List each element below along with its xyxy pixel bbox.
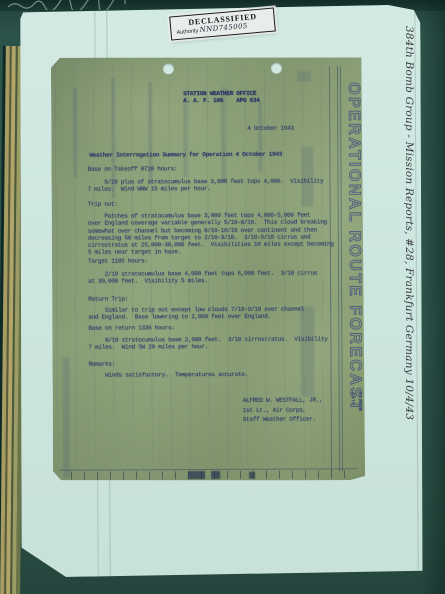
- side-sublabel-period: PERIOD: [358, 392, 363, 411]
- section-heading-remarks: Remarks:: [88, 360, 115, 367]
- right-edge-shadow: [421, 0, 445, 594]
- side-label-operational-route-forecast: OPERATIONAL ROUTE FORECAST: [342, 82, 364, 388]
- office-header: STATION WEATHER OFFICEA. A. F. 106 APO 6…: [183, 90, 259, 105]
- section-heading-target: Target 1105 hours:: [88, 257, 148, 265]
- section-heading-base-return: Base on return 1336 hours:: [88, 324, 174, 332]
- office-line-2: A. A. F. 106 APO 634: [183, 97, 259, 104]
- bottom-tick-marks: [59, 470, 355, 480]
- section-heading-return-trip: Return Trip:: [88, 295, 128, 303]
- document-date: 4 October 1943: [247, 125, 294, 133]
- section-body-return-trip: Similar to trip out except low clouds 7/…: [88, 305, 304, 321]
- signature-name: ALFRED W. WESTFALL, JR.,: [243, 396, 323, 403]
- bleed-smudge: [183, 97, 187, 177]
- top-edge-handwriting: [6, 0, 156, 10]
- bleed-smudge: [62, 358, 70, 478]
- punch-hole: [271, 63, 282, 74]
- bleed-smudge: [258, 102, 262, 172]
- section-heading-takeoff: Base on Takeoff 0710 hours:: [87, 165, 177, 173]
- section-body-target: 2/10 stratocumulus base 4,000 feet tops …: [88, 269, 317, 285]
- bottom-smudge: [249, 472, 255, 479]
- signature-rank: 1st Lt., Air Corps,: [243, 406, 306, 413]
- section-body-remarks: Winds satisfactory. Temperatures accurat…: [89, 371, 248, 379]
- section-body-trip-out: Patches of stratocumulus base 3,000 feet…: [88, 211, 334, 256]
- bottom-smudge: [188, 471, 205, 479]
- stamp-authority-label: Authority: [176, 28, 198, 36]
- margin-handwritten-note: 384th Bomb Group - Mission Reports, #28,…: [393, 26, 415, 458]
- section-body-base-return: 8/10 stratocumulus base 2,000 feet. 3/10…: [88, 335, 327, 351]
- punch-hole: [163, 63, 174, 74]
- side-sublabel-date: DATE: [351, 392, 356, 405]
- signature-block: ALFRED W. WESTFALL, JR.,1st Lt., Air Cor…: [243, 395, 323, 424]
- section-body-takeoff: 9/10 plus of stratocumulus base 3,000 fe…: [88, 177, 324, 193]
- bottom-smudge: [211, 471, 220, 479]
- weather-document: STATION WEATHER OFFICEA. A. F. 106 APO 6…: [51, 56, 365, 482]
- bleed-smudge: [73, 88, 77, 178]
- bleed-smudge: [297, 71, 311, 81]
- signature-title: Staff Weather Officer.: [243, 415, 316, 422]
- section-heading-trip-out: Trip out:: [88, 200, 118, 207]
- document-title: Weather Interrogation Summary for Operat…: [89, 151, 282, 159]
